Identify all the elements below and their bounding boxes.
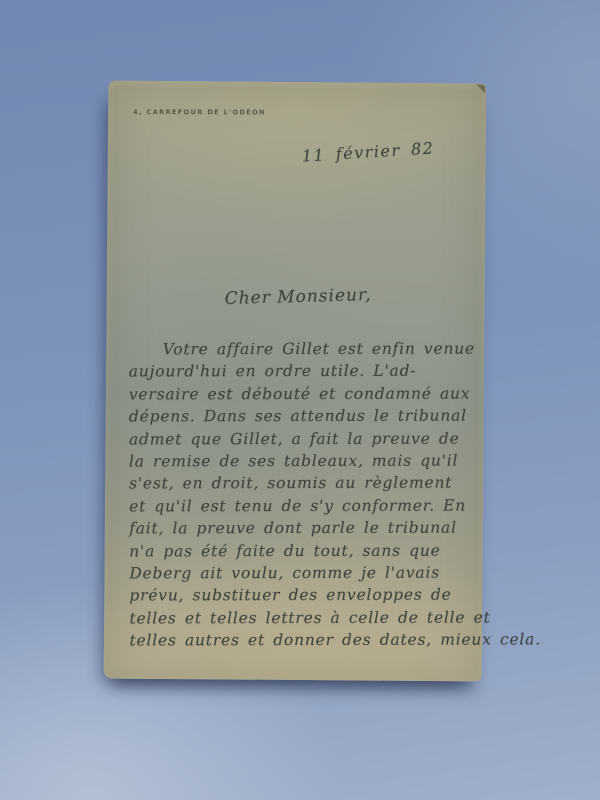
body-line: aujourd'hui en ordre utile. L'ad- (129, 360, 465, 383)
body-line: la remise de ses tableaux, mais qu'il (129, 450, 465, 473)
photo-backdrop: 4, CARREFOUR DE L'ODÉON 11 février 82 Ch… (0, 0, 600, 800)
body-line: n'a pas été faite du tout, sans que (129, 539, 465, 562)
letter-body: Votre affaire Gillet est enfin venue auj… (129, 338, 466, 653)
body-line: telles autres et donner des dates, mieux… (129, 629, 465, 652)
body-line: admet que Gillet, a fait la preuve de (129, 427, 465, 450)
corner-fold (476, 84, 485, 93)
body-line: Deberg ait voulu, comme je l'avais (129, 562, 465, 585)
body-line: dépens. Dans ses attendus le tribunal (129, 405, 465, 428)
body-line: Votre affaire Gillet est enfin venue (129, 338, 465, 361)
body-line: versaire est débouté et condamné aux (129, 382, 465, 405)
body-line: s'est, en droit, soumis au règlement (129, 472, 465, 495)
letterhead-address: 4, CARREFOUR DE L'ODÉON (133, 108, 266, 116)
body-line: telles et telles lettres à celle de tell… (129, 606, 465, 629)
body-line: et qu'il est tenu de s'y conformer. En (129, 494, 465, 517)
letter-paper: 4, CARREFOUR DE L'ODÉON 11 février 82 Ch… (104, 81, 487, 682)
body-line: prévu, substituer des enveloppes de (129, 584, 465, 607)
salutation: Cher Monsieur, (224, 285, 371, 309)
letter-date: 11 février 82 (301, 138, 435, 165)
body-line: fait, la preuve dont parle le tribunal (129, 517, 465, 540)
